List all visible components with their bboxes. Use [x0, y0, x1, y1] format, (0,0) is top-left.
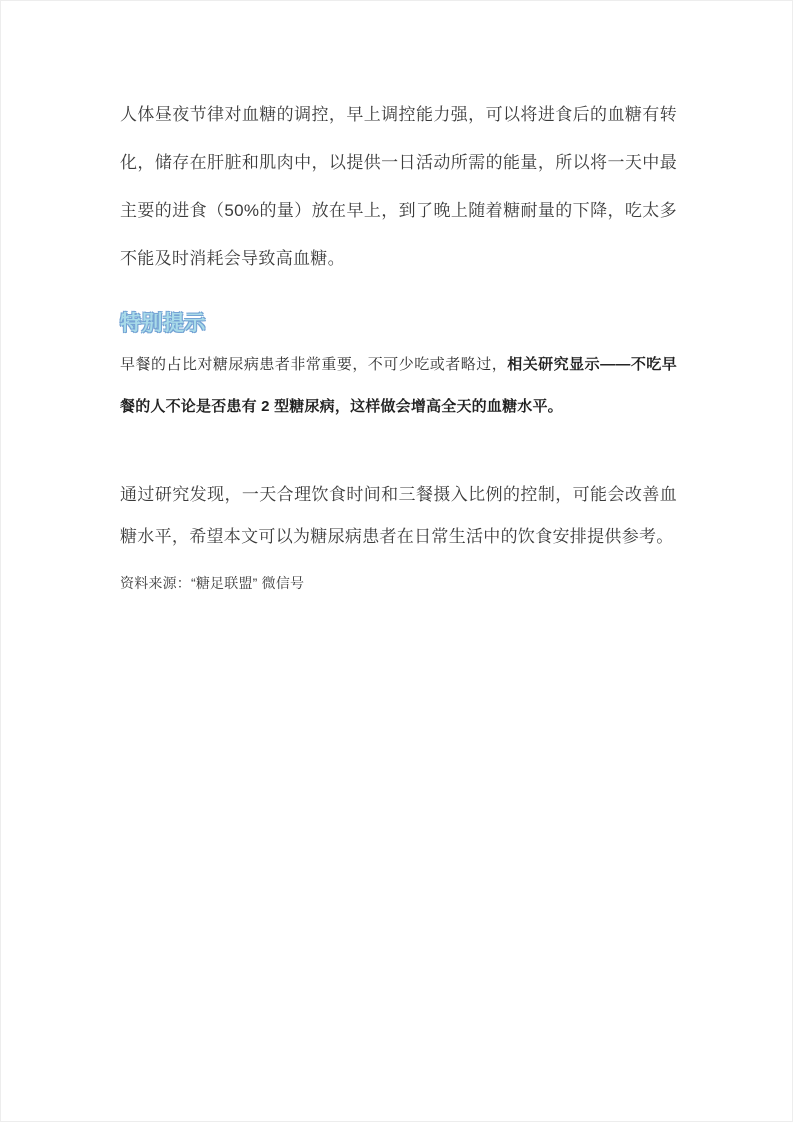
conclusion-paragraph: 通过研究发现，一天合理饮食时间和三餐摄入比例的控制，可能会改善血糖水平，希望本文…	[120, 474, 677, 558]
tip-paragraph: 早餐的占比对糖尿病患者非常重要，不可少吃或者略过，相关研究显示——不吃早餐的人不…	[120, 344, 677, 428]
tip-paragraph-regular-text: 早餐的占比对糖尿病患者非常重要，不可少吃或者略过，	[120, 356, 507, 373]
special-tip-heading: 特别提示	[120, 310, 677, 338]
lead-paragraph: 人体昼夜节律对血糖的调控，早上调控能力强，可以将进食后的血糖有转化，储存在肝脏和…	[120, 91, 677, 283]
document-page: 人体昼夜节律对血糖的调控，早上调控能力强，可以将进食后的血糖有转化，储存在肝脏和…	[0, 0, 793, 1122]
source-attribution: 资料来源：“糖足联盟” 微信号	[120, 571, 677, 595]
